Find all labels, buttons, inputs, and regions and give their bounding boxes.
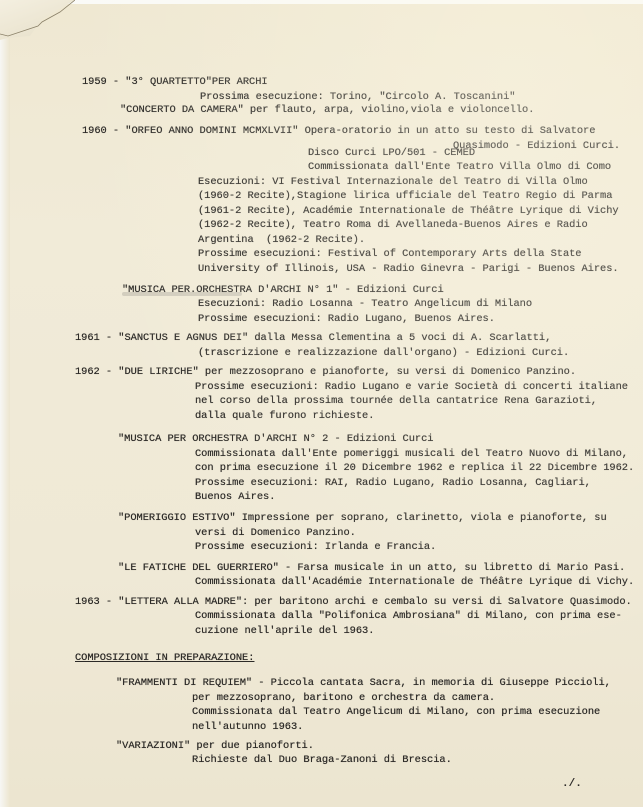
entry-line: nel corso della prossima tournée della c…	[195, 395, 597, 407]
entry-line-overtyped: Quasimodo - Edizioni Curci.	[453, 140, 620, 152]
entry-line: dalla quale furono richieste.	[195, 410, 374, 422]
entry-line: Esecuzioni: Radio Losanna - Teatro Angel…	[198, 298, 532, 310]
typewritten-page: 1959 - "3° QUARTETTO"PER ARCHI Prossima …	[0, 0, 643, 807]
entry-line: Prossima esecuzione: Torino, "Circolo A.…	[200, 91, 515, 103]
entry-line: Buenos Aires.	[195, 491, 275, 503]
entry-fatiche-title: "LE FATICHE DEL GUERRIERO" - Farsa music…	[118, 562, 625, 574]
entry-line: Esecuzioni: VI Festival Internazionale d…	[198, 176, 588, 188]
entry-line: Prossime esecuzioni: Festival of Contemp…	[198, 248, 582, 260]
entry-frammenti-title: "FRAMMENTI DI REQUIEM" - Piccola cantata…	[116, 677, 611, 689]
scan-border	[0, 0, 643, 4]
entry-line: (1960-2 Recite),Stagione lirica ufficial…	[198, 190, 612, 202]
entry-1962-title: 1962 - "DUE LIRICHE" per mezzosoprano e …	[75, 366, 576, 378]
entry-1959-title: 1959 - "3° QUARTETTO"PER ARCHI	[82, 76, 268, 88]
entry-line: versi di Domenico Panzino.	[195, 527, 356, 539]
entry-line: Prossime esecuzioni: Radio Lugano, Bueno…	[198, 313, 495, 325]
entry-line: Disco Curci LPO/501 - CEMED	[308, 147, 475, 159]
entry-line: Prossime esecuzioni: Radio Lugano e vari…	[195, 381, 628, 393]
scan-border-left	[0, 36, 10, 807]
entry-line: (trascrizione e realizzazione dall'organ…	[198, 347, 569, 359]
entry-line: Richieste dal Duo Braga-Zanoni di Bresci…	[192, 754, 452, 766]
entry-1960-title: 1960 - "ORFEO ANNO DOMINI MCMXLVII" Oper…	[82, 125, 595, 137]
entry-line: per mezzosoprano, baritono e orchestra d…	[192, 692, 495, 704]
entry-line: Prossime esecuzioni: Irlanda e Francia.	[195, 541, 436, 553]
entry-line: (1962-2 Recite), Teatro Roma di Avellane…	[198, 219, 588, 231]
entry-line: Commissionata dal Teatro Angelicum di Mi…	[192, 706, 600, 718]
entry-pomeriggio-title: "POMERIGGIO ESTIVO" Impressione per sopr…	[118, 512, 607, 524]
entry-line: nell'autunno 1963.	[192, 721, 303, 733]
entry-line: con prima esecuzione il 20 Dicembre 1962…	[195, 462, 634, 474]
continuation-mark: ./.	[562, 778, 582, 790]
entry-line: Prossime esecuzioni: RAI, Radio Lugano, …	[195, 477, 591, 489]
entry-line: University of Illinois, USA - Radio Gine…	[198, 263, 619, 275]
entry-1963-title: 1963 - "LETTERA ALLA MADRE": per bariton…	[75, 596, 632, 608]
entry-line: Commissionata dall'Ente pomeriggi musica…	[195, 448, 628, 460]
entry-line: cuzione nell'aprile del 1963.	[195, 625, 374, 637]
entry-line: Commissionata dalla "Polifonica Ambrosia…	[195, 610, 622, 622]
entry-musica-2-title: "MUSICA PER ORCHESTRA D'ARCHI N° 2 - Edi…	[118, 433, 433, 445]
entry-line: (1961-2 Recite), Académie Internationale…	[198, 205, 619, 217]
entry-line: Commissionata dall'Ente Teatro Villa Olm…	[308, 161, 611, 173]
folded-corner	[0, 0, 75, 40]
entry-variazioni-title: "VARIAZIONI" per due pianoforti.	[116, 740, 314, 752]
entry-musica-1-title: "MUSICA PER.ORCHESTRA D'ARCHI N° 1" - Ed…	[122, 284, 444, 296]
entry-concerto-title: "CONCERTO DA CAMERA" per flauto, arpa, v…	[120, 104, 534, 116]
section-heading-in-preparation: COMPOSIZIONI IN PREPARAZIONE:	[75, 652, 254, 664]
entry-line: Commissionata dall'Académie Internationa…	[195, 576, 634, 588]
entry-line: Argentina (1962-2 Recite).	[198, 234, 365, 246]
entry-1961-title: 1961 - "SANCTUS E AGNUS DEI" dalla Messa…	[75, 332, 551, 344]
